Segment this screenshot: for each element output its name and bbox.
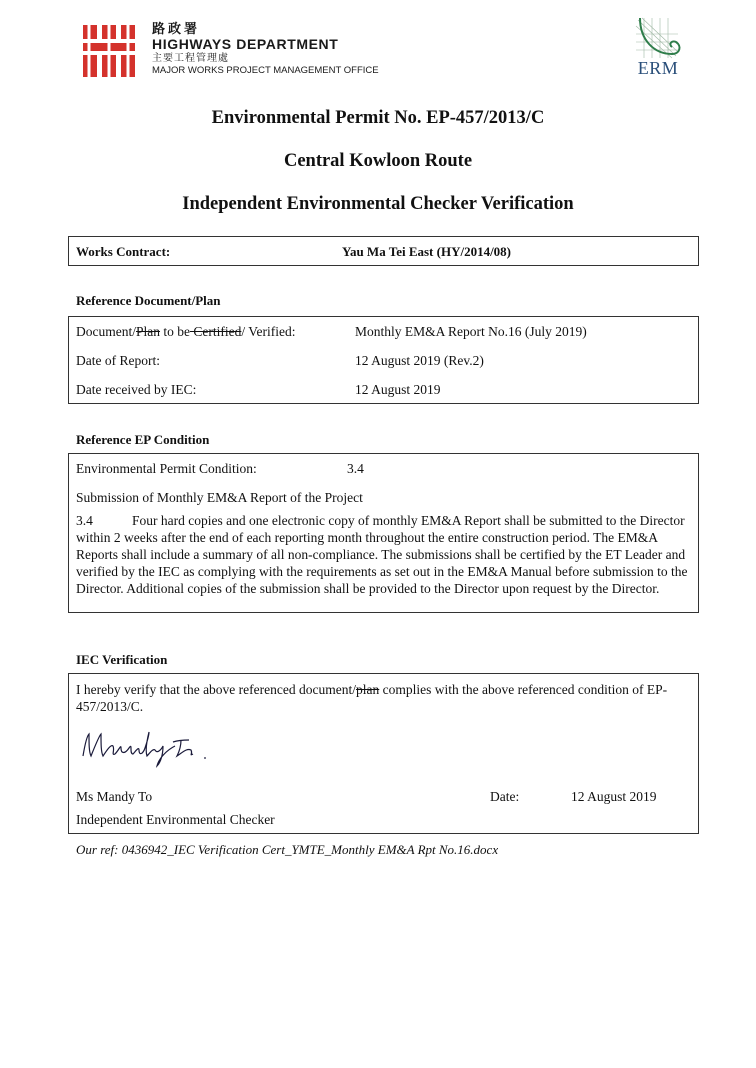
statement-struck-text: plan [356,682,379,697]
iec-name: Ms Mandy To [76,789,152,805]
label-part: Document/ [76,324,136,339]
works-contract-label: Works Contract: [76,244,170,260]
clause-text: Four hard copies and one electronic copy… [76,513,688,596]
date-received-label: Date received by IEC: [76,382,196,397]
document-row: Document/Plan to be Certified/ Verified:… [76,324,296,340]
date-of-report-row: Date of Report: 12 August 2019 (Rev.2) [76,353,160,369]
verification-statement: I hereby verify that the above reference… [76,681,691,715]
ep-condition-value: 3.4 [347,461,364,477]
date-received-value: 12 August 2019 [355,382,441,398]
iec-verification-box: I hereby verify that the above reference… [68,673,699,834]
erm-logo-text: ERM [632,58,684,79]
ep-condition-subject: Submission of Monthly EM&A Report of the… [76,490,363,506]
ep-condition-label: Environmental Permit Condition: [76,461,257,476]
ep-condition-row: Environmental Permit Condition: 3.4 [76,461,257,477]
date-of-report-value: 12 August 2019 (Rev.2) [355,353,484,369]
label-part: / Verified: [241,324,295,339]
reference-document-box: Document/Plan to be Certified/ Verified:… [68,316,699,404]
document-label: Document/Plan to be Certified/ Verified: [76,324,296,339]
date-value: 12 August 2019 [571,789,657,805]
date-label: Date: [490,789,519,805]
signature-icon [77,726,227,768]
works-contract-box: Works Contract: Yau Ma Tei East (HY/2014… [68,236,699,266]
label-part-struck: Plan [136,324,160,339]
verification-title: Independent Environmental Checker Verifi… [0,194,756,215]
reference-document-heading: Reference Document/Plan [76,293,221,309]
document-value: Monthly EM&A Report No.16 (July 2019) [355,324,587,340]
office-english-name: MAJOR WORKS PROJECT MANAGEMENT OFFICE [152,65,379,77]
works-contract-value: Yau Ma Tei East (HY/2014/08) [342,244,511,260]
date-of-report-label: Date of Report: [76,353,160,368]
department-header: 路政署 HIGHWAYS DEPARTMENT 主要工程管理處 MAJOR WO… [152,22,379,77]
office-chinese-name: 主要工程管理處 [152,52,379,65]
label-part: to be [160,324,190,339]
dept-english-name: HIGHWAYS DEPARTMENT [152,36,379,52]
dept-chinese-name: 路政署 [152,22,379,36]
highways-department-logo-icon [81,23,137,79]
label-part-struck: Certified [190,324,241,339]
iec-role: Independent Environmental Checker [76,812,275,828]
ep-condition-clause: 3.4Four hard copies and one electronic c… [76,512,694,597]
ep-condition-box: Environmental Permit Condition: 3.4 Subm… [68,453,699,613]
our-reference: Our ref: 0436942_IEC Verification Cert_Y… [76,842,498,858]
statement-text: I hereby verify that the above reference… [76,682,356,697]
date-received-row: Date received by IEC: 12 August 2019 [76,382,196,398]
clause-number: 3.4 [76,512,132,529]
ep-condition-heading: Reference EP Condition [76,432,209,448]
iec-verification-heading: IEC Verification [76,652,167,668]
permit-title: Environmental Permit No. EP-457/2013/C [0,108,756,129]
project-title: Central Kowloon Route [0,151,756,172]
